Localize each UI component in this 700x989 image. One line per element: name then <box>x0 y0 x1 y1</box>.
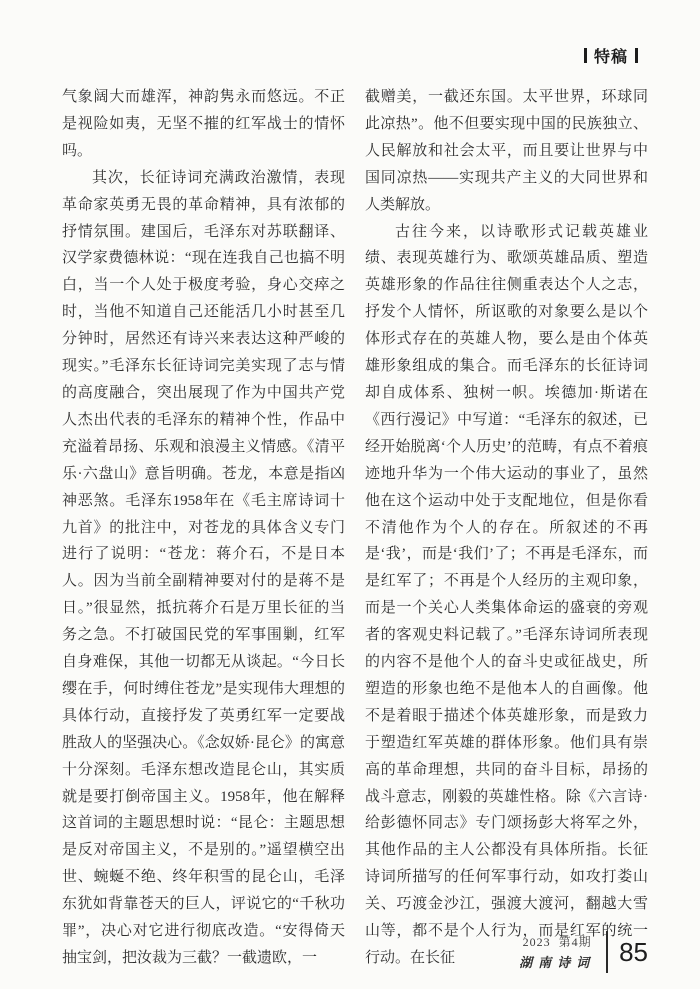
article-body: 气象阔大而雄浑，神韵隽永而悠远。不正是视险如夷，无坚不摧的红军战士的情怀吗。 其… <box>62 84 648 972</box>
paragraph: 气象阔大而雄浑，神韵隽永而悠远。不正是视险如夷，无坚不摧的红军战士的情怀吗。 <box>62 84 345 165</box>
tag-bar-right-icon <box>635 48 638 63</box>
page-footer: 2023第4期 湖南诗词 85 <box>519 931 648 973</box>
paragraph: 古往今来，以诗歌形式记载英雄业绩、表现英雄行为、歌颂英雄品质、塑造英雄形象的作品… <box>365 219 648 972</box>
section-tag: 特稿 <box>584 44 638 67</box>
paragraph: 其次，长征诗词充满政治激情，表现革命家英勇无畏的革命精神，具有浓郁的抒情氛围。建… <box>62 165 345 972</box>
left-column: 气象阔大而雄浑，神韵隽永而悠远。不正是视险如夷，无坚不摧的红军战士的情怀吗。 其… <box>62 84 345 972</box>
footer-divider <box>606 931 608 973</box>
tag-bar-left-icon <box>584 48 587 63</box>
page-number: 85 <box>619 937 648 968</box>
issue-line: 2023第4期 <box>519 933 595 950</box>
journal-name: 湖南诗词 <box>519 952 595 971</box>
section-tag-label: 特稿 <box>594 44 628 67</box>
issue-block: 2023第4期 湖南诗词 <box>519 933 595 971</box>
journal-page: 特稿 气象阔大而雄浑，神韵隽永而悠远。不正是视险如夷，无坚不摧的红军战士的情怀吗… <box>0 0 700 989</box>
footer-issue: 第4期 <box>559 935 592 949</box>
footer-year: 2023 <box>523 935 551 949</box>
paragraph: 截赠美，一截还东国。太平世界，环球同此凉热”。他不但要实现中国的民族独立、人民解… <box>365 84 648 219</box>
right-column: 截赠美，一截还东国。太平世界，环球同此凉热”。他不但要实现中国的民族独立、人民解… <box>365 84 648 972</box>
